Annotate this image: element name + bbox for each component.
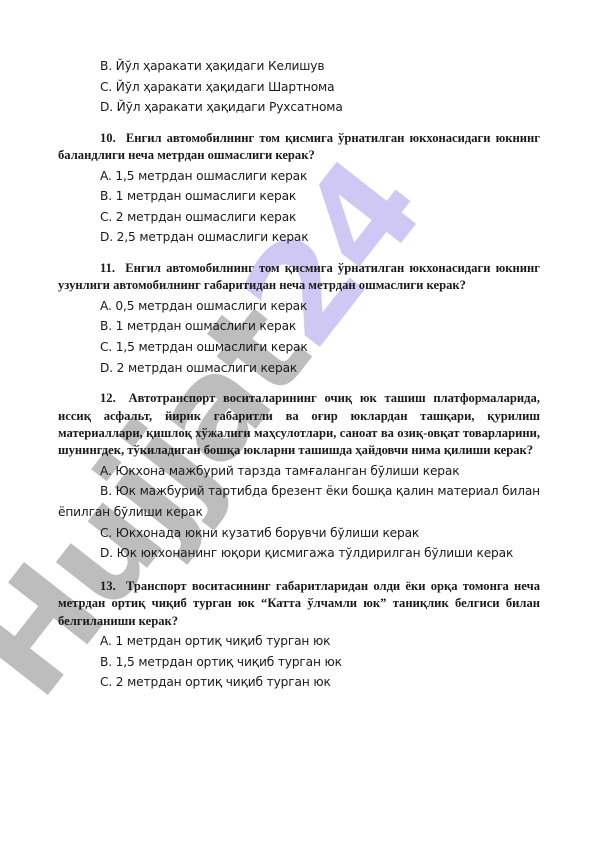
question-text: Енгил автомобилнинг том қисмига ўрнатилг… xyxy=(58,131,540,162)
question-10: 10. Енгил автомобилнинг том қисмига ўрна… xyxy=(58,130,540,165)
question-text: Автотранспорт воситаларининг очиқ юк таш… xyxy=(58,391,540,457)
question-number: 13. xyxy=(100,579,116,593)
option-a-q13: A. 1 метрдан ортиқ чиқиб турган юк xyxy=(58,631,540,652)
document-page: Hujjat24 B. Йўл ҳаракати ҳақидаги Келишу… xyxy=(0,0,596,842)
option-a-q10: A. 1,5 метрдан ошмаслиги керак xyxy=(58,166,540,187)
question-12: 12. Автотранспорт воситаларининг очиқ юк… xyxy=(58,390,540,460)
option-d-q10: D. 2,5 метрдан ошмаслиги керак xyxy=(58,227,540,248)
option-d-q9: D. Йўл ҳаракати ҳақидаги Рухсатнома xyxy=(58,97,540,118)
option-d-q11: D. 2 метрдан ошмаслиги керак xyxy=(58,358,540,379)
question-text: Транспорт воситасининг габаритларидан ол… xyxy=(58,579,540,628)
document-content: B. Йўл ҳаракати ҳақидаги Келишув C. Йўл … xyxy=(58,56,540,693)
option-b-q10: B. 1 метрдан ошмаслиги керак xyxy=(58,186,540,207)
question-number: 11. xyxy=(100,261,115,275)
option-b-q9: B. Йўл ҳаракати ҳақидаги Келишув xyxy=(58,56,540,77)
question-number: 12. xyxy=(100,391,116,405)
question-11: 11. Енгил автомобилнинг том қисмига ўрна… xyxy=(58,260,540,295)
option-c-q12: C. Юкхонада юкни кузатиб борувчи бўлиши … xyxy=(58,523,540,544)
option-c-q13: C. 2 метрдан ортиқ чиқиб турган юк xyxy=(58,672,540,693)
option-d-q12: D. Юк юкхонанинг юқори қисмигажа тўлдири… xyxy=(58,543,540,564)
option-c-q11: C. 1,5 метрдан ошмаслиги керак xyxy=(58,337,540,358)
question-text: Енгил автомобилнинг том қисмига ўрнатилг… xyxy=(58,261,540,292)
option-a-q11: A. 0,5 метрдан ошмаслиги керак xyxy=(58,296,540,317)
option-c-q10: C. 2 метрдан ошмаслиги керак xyxy=(58,207,540,228)
option-c-q9: C. Йўл ҳаракати ҳақидаги Шартнома xyxy=(58,77,540,98)
option-b-q12: B. Юк мажбурий тартибда брезент ёки бошқ… xyxy=(58,481,540,522)
question-13: 13. Транспорт воситасининг габаритларида… xyxy=(58,578,540,630)
option-b-q11: B. 1 метрдан ошмаслиги керак xyxy=(58,316,540,337)
option-b-q13: B. 1,5 метрдан ортиқ чиқиб турган юк xyxy=(58,652,540,673)
option-a-q12: A. Юкхона мажбурий тарзда тамғаланган бў… xyxy=(58,461,540,482)
question-number: 10. xyxy=(100,131,116,145)
